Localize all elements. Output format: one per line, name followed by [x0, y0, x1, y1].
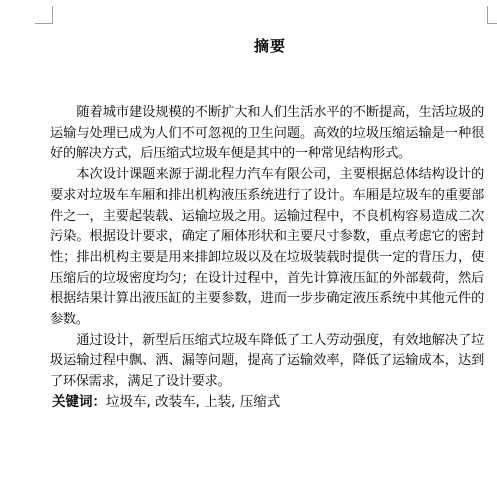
page-corner-mark-top-left — [35, 6, 53, 24]
abstract-body: 随着城市建设规模的不断扩大和人们生活水平的不断提高，生活垃圾的运输与处理已成为人… — [50, 103, 484, 393]
paragraph-2: 本次设计课题来源于湖北程力汽车有限公司，主要根据总体结构设计的要求对垃圾车车厢和… — [50, 165, 484, 331]
keywords-line: 关键词：垃圾车, 改装车, 上装, 压缩式 — [52, 390, 280, 410]
page-corner-mark-top-right — [487, 6, 497, 24]
paragraph-3: 通过设计，新型后压缩式垃圾车降低了工人劳动强度，有效地解决了垃圾运输过程中飘、洒… — [50, 331, 484, 393]
keywords-label: 关键词： — [52, 394, 106, 410]
keywords-list: 垃圾车, 改装车, 上装, 压缩式 — [106, 394, 280, 410]
paragraph-1: 随着城市建设规模的不断扩大和人们生活水平的不断提高，生活垃圾的运输与处理已成为人… — [50, 103, 484, 165]
abstract-title: 摘要 — [0, 35, 497, 56]
